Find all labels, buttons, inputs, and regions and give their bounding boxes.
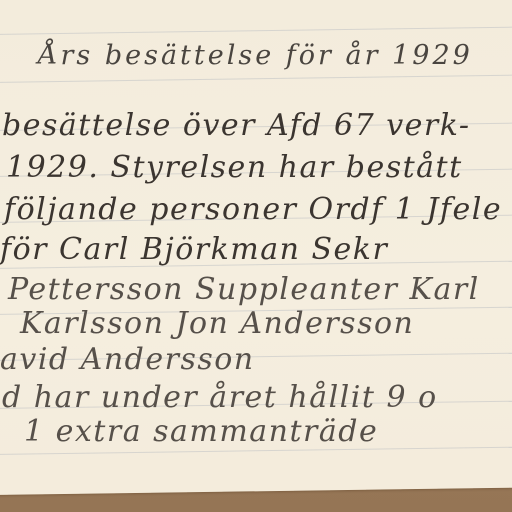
ruled-line [0,75,512,84]
text-line-4: för Carl Björkman Sekr [0,232,388,267]
text-line-1: besättelse över Afd 67 verk- [2,108,471,143]
ruled-line [0,27,512,36]
text-line-2: 1929. Styrelsen har bestått [6,150,463,185]
text-line-6: Karlsson Jon Andersson [20,306,414,341]
text-line-5: Pettersson Suppleanter Karl [8,272,480,307]
text-line-8: d har under året hållit 9 o [2,380,438,415]
page-title: Års besättelse för år 1929 [38,40,473,71]
text-line-3: följande personer Ordf 1 Jfele [4,192,502,227]
text-line-7: avid Andersson [0,342,255,377]
text-line-9: 1 extra sammanträde [24,414,378,449]
